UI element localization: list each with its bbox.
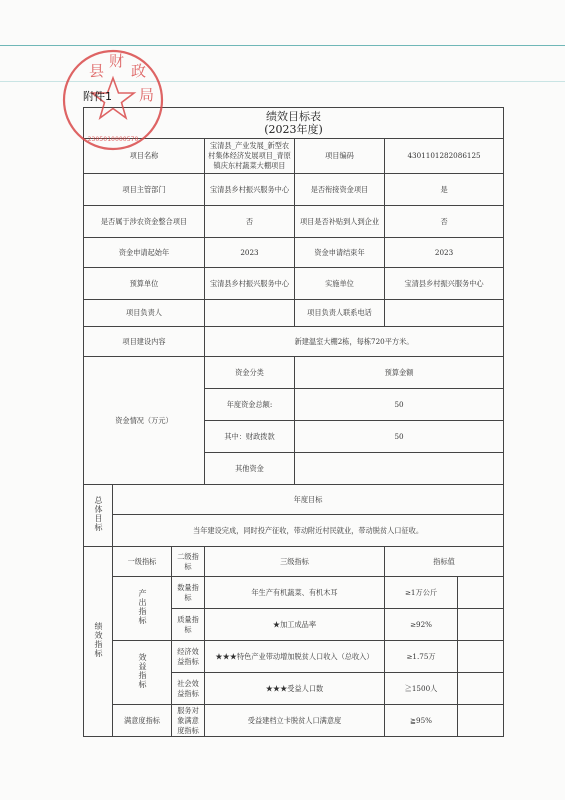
indicator-level3: 年生产有机蔬菜、有机木耳 [205, 577, 385, 609]
performance-target-table: 绩效目标表 (2023年度) 项目名称 宝清县_产业发展_新型农村集体经济发展项… [83, 107, 504, 737]
indicator-level3: ★★★特色产业带动增加脱贫人口收入（总收入） [205, 641, 385, 673]
indicator-value: ≧95% [385, 705, 458, 737]
fund-budget-label: 预算金额 [295, 357, 504, 389]
svg-text:政: 政 [131, 62, 146, 80]
indicator-extra [458, 641, 504, 673]
owner-label: 项目负责人 [84, 300, 205, 327]
indicator-level2: 经济效益指标 [172, 641, 205, 673]
svg-text:县: 县 [89, 62, 104, 80]
impl-unit-value: 宝清县乡村振兴服务中心 [385, 268, 504, 300]
satisfaction-label: 满意度指标 [113, 705, 172, 737]
indicator-level3: 受益建档立卡脱贫人口满意度 [205, 705, 385, 737]
attachment-label: 附件1 [83, 88, 112, 104]
subsidy-label: 项目是否补贴到人到企业 [295, 206, 385, 238]
fund-total-value: 50 [295, 389, 504, 421]
fund-other-label: 其他资金 [205, 453, 295, 485]
fund-total-label: 年度资金总额: [205, 389, 295, 421]
end-year-value: 2023 [385, 238, 504, 268]
fund-other-value [295, 453, 504, 485]
content-label: 项目建设内容 [84, 327, 205, 357]
impl-unit-label: 实施单位 [295, 268, 385, 300]
output-label: 产出指标 [113, 577, 172, 641]
official-seal-icon: 2305010000570 县 财 政 局 [61, 48, 165, 152]
indicator-level2: 数量指标 [172, 577, 205, 609]
end-year-label: 资金申请结束年 [295, 238, 385, 268]
indicator-value: ≥1.75万 [385, 641, 458, 673]
start-year-label: 资金申请起始年 [84, 238, 205, 268]
linked-funds-value: 是 [385, 174, 504, 206]
header-level2: 二级指标 [172, 547, 205, 577]
project-code: 4301101282086125 [385, 139, 504, 174]
perf-label-text: 绩效指标 [93, 622, 103, 658]
fund-category-label: 资金分类 [205, 357, 295, 389]
overall-goal-text: 总体目标 [93, 496, 103, 532]
indicator-extra [458, 673, 504, 705]
perf-label: 绩效指标 [84, 547, 113, 737]
indicator-extra [458, 577, 504, 609]
indicator-value: ≧1500人 [385, 673, 458, 705]
subsidy-value: 否 [385, 206, 504, 238]
table-row: 满意度指标 服务对象满意度指标 受益建档立卡脱贫人口满意度 ≧95% [84, 705, 504, 737]
overall-goal-label: 总体目标 [84, 485, 113, 547]
indicator-value: ≥1万公斤 [385, 577, 458, 609]
indicator-value: ≥92% [385, 609, 458, 641]
header-value: 指标值 [385, 547, 504, 577]
owner-phone-label: 项目负责人联系电话 [295, 300, 385, 327]
linked-funds-label: 是否衔接资金项目 [295, 174, 385, 206]
agri-integration-value: 否 [205, 206, 295, 238]
owner-phone-value [385, 300, 504, 327]
funds-label: 资金情况（万元） [84, 357, 205, 485]
indicator-extra [458, 609, 504, 641]
fund-fiscal-label: 其中：财政拨款 [205, 421, 295, 453]
project-name: 宝清县_产业发展_新型农村集体经济发展项目_青原镇庆东村蔬菜大棚项目 [205, 139, 295, 174]
owner-value [205, 300, 295, 327]
budget-unit-value: 宝清县乡村振兴服务中心 [205, 268, 295, 300]
indicator-extra [458, 705, 504, 737]
dept-label: 项目主管部门 [84, 174, 205, 206]
fund-fiscal-value: 50 [295, 421, 504, 453]
benefit-label: 效益指标 [113, 641, 172, 705]
svg-text:财: 财 [109, 52, 124, 70]
project-code-label: 项目编码 [295, 139, 385, 174]
budget-unit-label: 预算单位 [84, 268, 205, 300]
annual-goal-value: 当年建设完成，同时投产征收，带动附近村民就业，带动脱贫人口征收。 [113, 515, 504, 547]
table-row: 产出指标 数量指标 年生产有机蔬菜、有机木耳 ≥1万公斤 [84, 577, 504, 609]
header-level3: 三级指标 [205, 547, 385, 577]
indicator-level3: ★★★受益人口数 [205, 673, 385, 705]
agri-integration-label: 是否属于涉农资金整合项目 [84, 206, 205, 238]
indicator-level2: 服务对象满意度指标 [172, 705, 205, 737]
svg-text:2305010000570: 2305010000570 [88, 135, 139, 143]
output-label-text: 产出指标 [137, 589, 147, 625]
indicator-level2: 质量指标 [172, 609, 205, 641]
content-value: 新建温室大棚2栋，每栋720平方米。 [205, 327, 504, 357]
indicator-level2: 社会效益指标 [172, 673, 205, 705]
indicator-level3: ★加工成品率 [205, 609, 385, 641]
table-row: 效益指标 经济效益指标 ★★★特色产业带动增加脱贫人口收入（总收入） ≥1.75… [84, 641, 504, 673]
scan-line-top [0, 45, 565, 46]
header-level1: 一级指标 [113, 547, 172, 577]
benefit-label-text: 效益指标 [137, 653, 147, 689]
start-year-value: 2023 [205, 238, 295, 268]
svg-text:局: 局 [139, 86, 154, 104]
annual-goal-label: 年度目标 [113, 485, 504, 515]
dept-value: 宝清县乡村振兴服务中心 [205, 174, 295, 206]
